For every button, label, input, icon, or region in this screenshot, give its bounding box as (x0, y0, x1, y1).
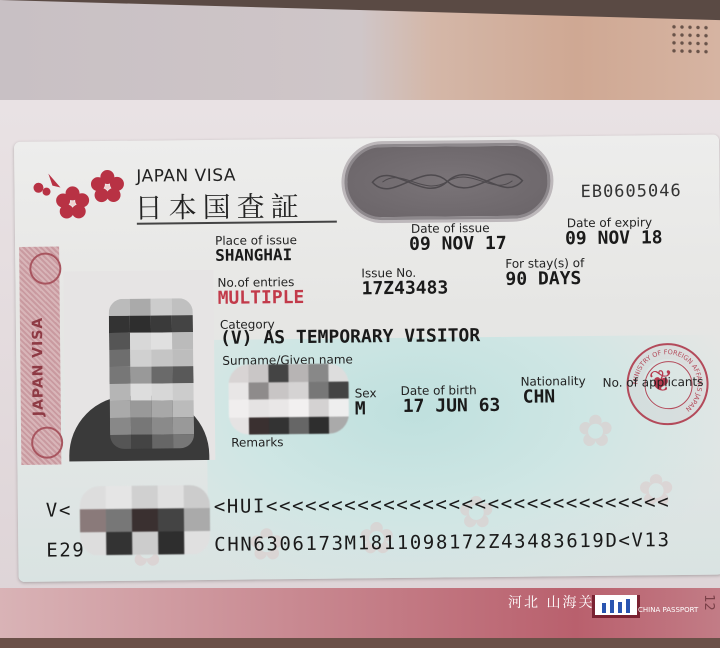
visa-sticker: ✿ ✿ ✿ ✿ ✿ ✿ JAPAN VISA JAPAN VISA 日本国査証 … (14, 135, 720, 582)
face-redacted (109, 298, 195, 449)
place-of-issue-value: SHANGHAI (215, 245, 292, 265)
page-edge (0, 638, 720, 648)
remarks-label: Remarks (231, 435, 284, 450)
embossed-seal-icon (344, 142, 551, 220)
emblem-icon (29, 253, 61, 285)
china-passport-label: CHINA PASSPORT (638, 606, 698, 614)
dob-value: 17 JUN 63 (403, 395, 501, 417)
side-strip-text: JAPAN VISA (30, 317, 47, 417)
date-of-expiry-value: 09 NOV 18 (565, 227, 663, 249)
visa-number: EB0605046 (580, 181, 681, 202)
holder-photo (63, 270, 215, 462)
entries-value: MULTIPLE (218, 287, 305, 309)
cherry-blossom-icon (32, 165, 133, 226)
page-number-bottom: 12 (701, 594, 716, 611)
great-wall-logo-icon (592, 595, 640, 618)
sex-value: M (355, 398, 366, 419)
stay-value: 90 DAYS (505, 268, 581, 290)
sakura-watermark-icon: ✿ (577, 406, 614, 457)
date-of-issue-value: 09 NOV 17 (409, 233, 507, 255)
nationality-value: CHN (523, 386, 556, 407)
visa-title-en: JAPAN VISA (136, 166, 236, 187)
side-security-strip: JAPAN VISA (19, 247, 61, 465)
mrz-redacted (80, 485, 211, 556)
mrz-line2-prefix: E29 (46, 539, 85, 561)
mrz-line1-prefix: V< (46, 499, 72, 521)
issue-no-value: 17Z43483 (361, 277, 448, 299)
passport-chinese-text: 河北 山海关 (508, 592, 594, 612)
applicants-label: No. of applicants (602, 375, 703, 390)
category-value: (V) AS TEMPORARY VISITOR (220, 325, 480, 349)
perforation-dots (670, 23, 710, 54)
name-redacted (228, 364, 349, 435)
emblem-icon (31, 427, 63, 459)
